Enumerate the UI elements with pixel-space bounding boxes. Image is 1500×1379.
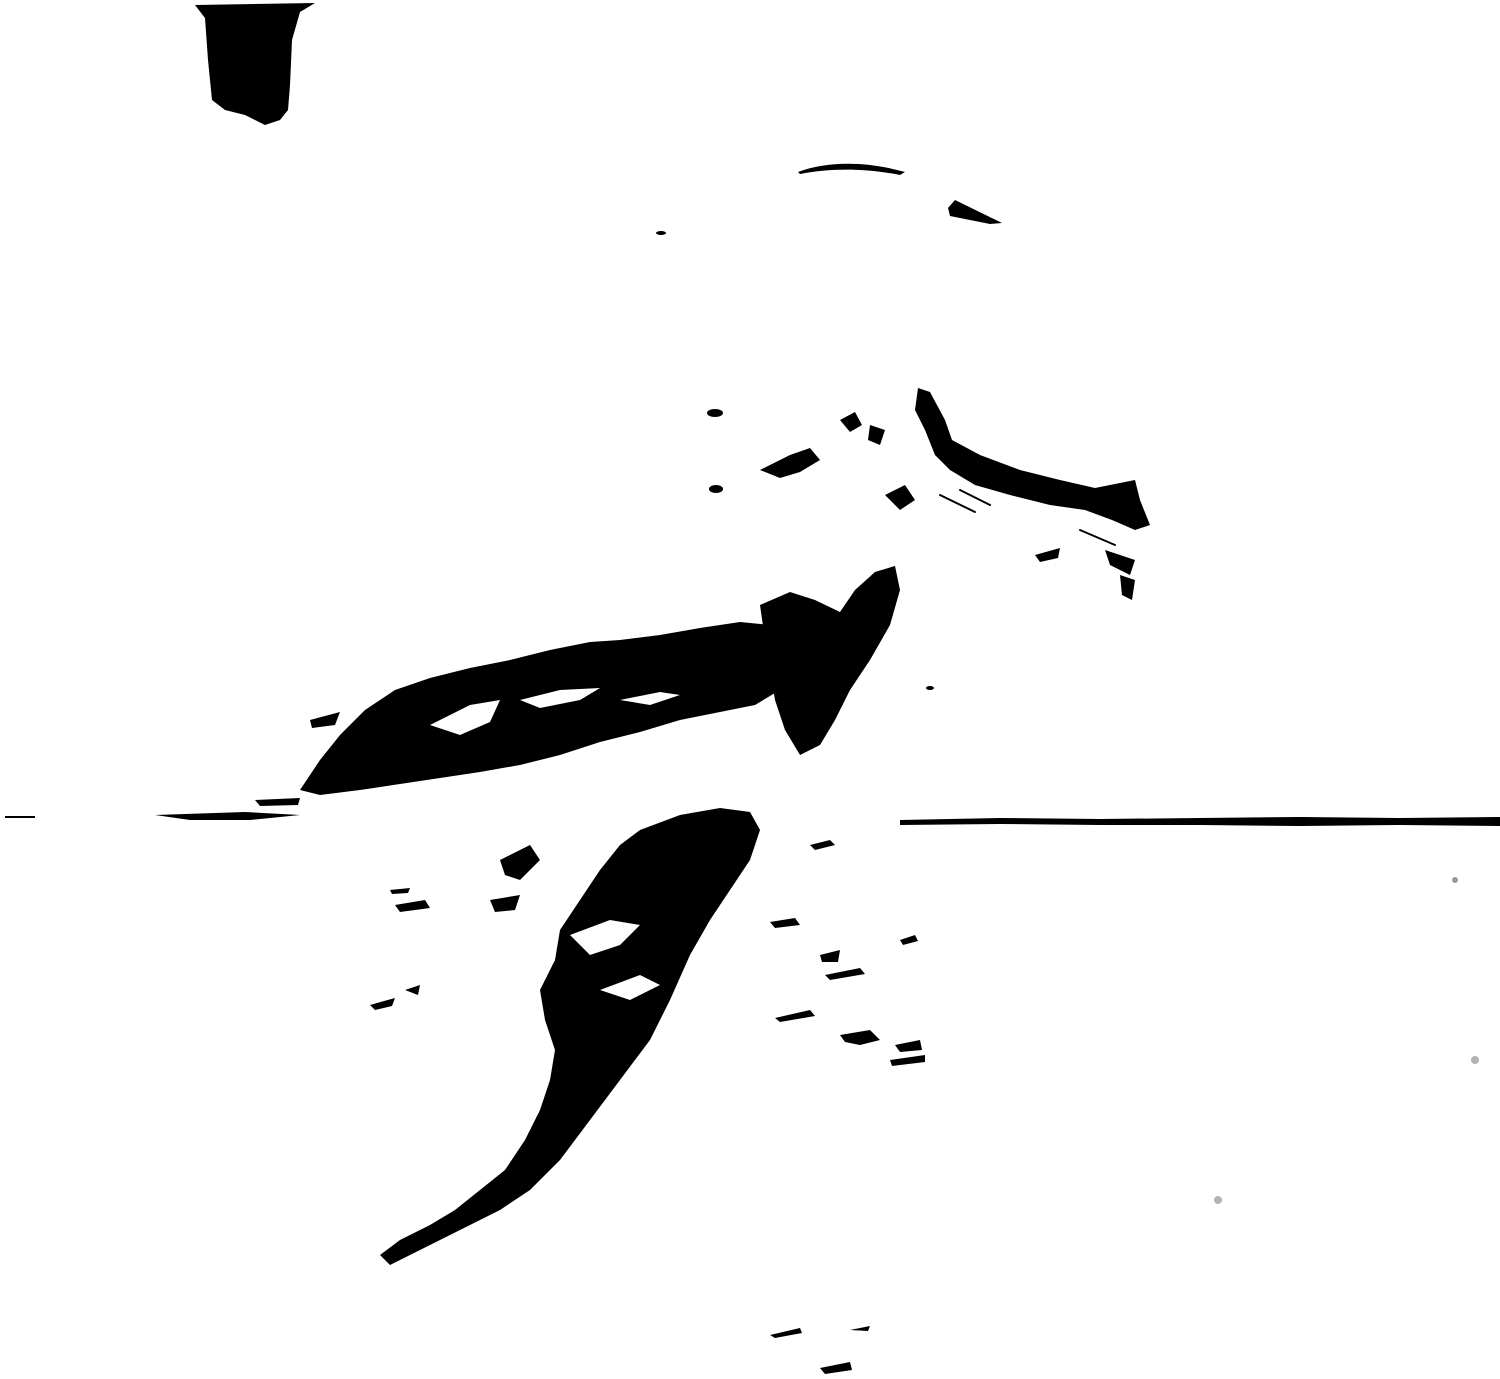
bird-photo-scene	[0, 0, 1500, 1379]
